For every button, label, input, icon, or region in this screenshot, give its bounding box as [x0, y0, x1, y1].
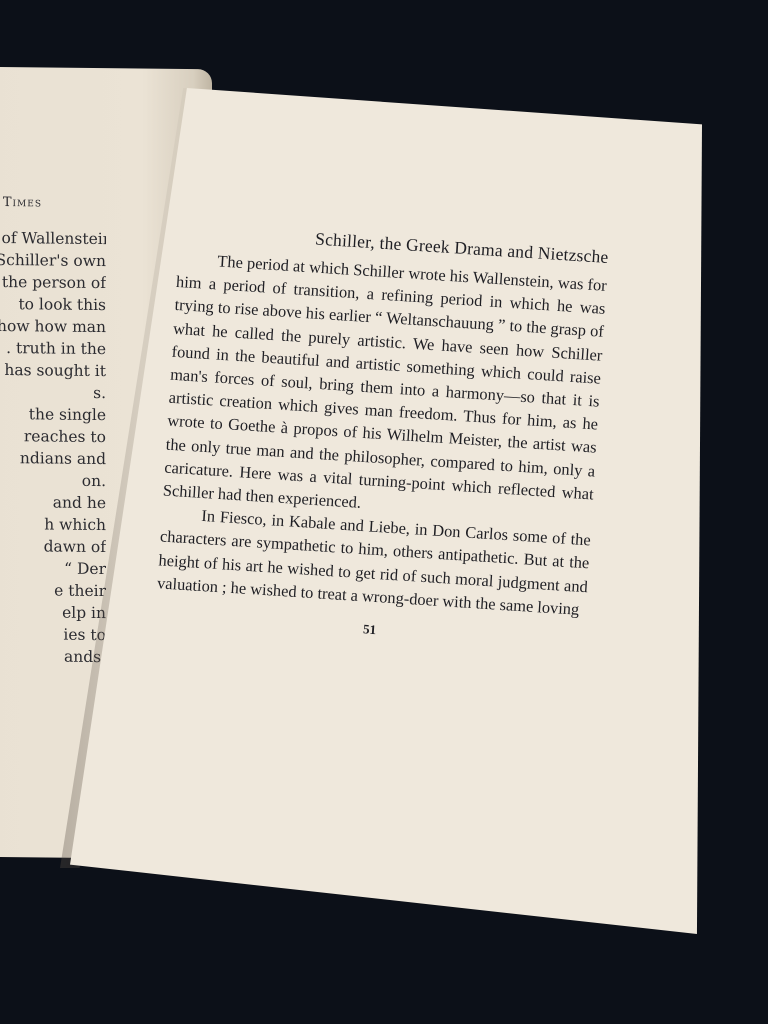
left-page-line: ands. — [0, 645, 106, 668]
left-page-line: “ Der — [0, 557, 106, 580]
left-page-line: has sought it — [0, 359, 106, 382]
left-page-line: how how man — [0, 315, 106, 338]
left-page-line: to look this — [0, 293, 106, 316]
right-page-content: Schiller, the Greek Drama and Nietzsche … — [155, 220, 610, 651]
left-page-line: and he — [0, 491, 106, 514]
left-page-text: er of WallensteinSchiller's ownthe perso… — [0, 227, 106, 668]
paragraph-1: The period at which Schiller wrote his W… — [162, 247, 607, 529]
left-page-line: ies to — [0, 623, 106, 646]
book-photo: r Times er of WallensteinSchiller's ownt… — [0, 0, 768, 1024]
left-page-line: reaches to — [0, 425, 106, 448]
left-page-line: the person of — [0, 271, 106, 294]
body-text: The period at which Schiller wrote his W… — [156, 247, 607, 621]
left-page-line: elp in — [0, 601, 106, 624]
left-page-line: dawn of — [0, 535, 106, 558]
left-page-line: the single — [0, 403, 106, 426]
left-page-line: ndians and — [0, 447, 106, 470]
running-head: r Times — [0, 195, 42, 211]
left-page-line: on. — [0, 469, 106, 492]
left-page-line: h which — [0, 513, 106, 536]
left-page-line: e their — [0, 579, 106, 602]
left-page-line: Schiller's own — [0, 249, 106, 272]
left-page-line: er of Wallenstein — [0, 227, 106, 250]
left-page-line: . truth in the — [0, 337, 106, 360]
left-page-line: s. — [0, 381, 106, 404]
